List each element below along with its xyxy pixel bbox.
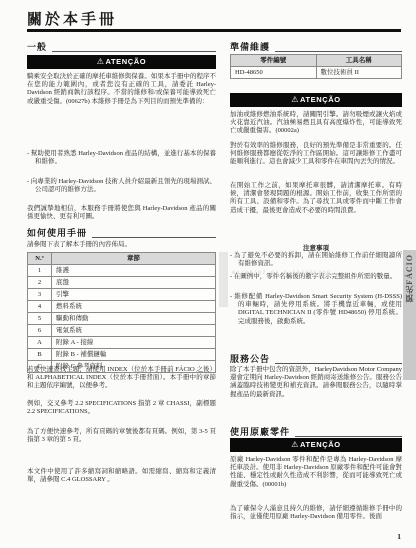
warning-banner-label: ATENÇÃO <box>300 440 341 449</box>
paragraph-before-work: 在開始工作之前，如果摩托車很髒，請清潔摩托車。有時候，清潔會發現問題的根源。開始… <box>230 182 402 215</box>
chapter-title: 電氣系統 <box>52 325 216 337</box>
list-item: 為了避免不必要的拆卸，請在開始維修工作前仔細閱讀所有維修資訊。 <box>230 252 402 268</box>
paragraph-page-numbering: 為了方便快速參考，所有頁碼的章號後都有頁碼。例如，第 3-5 頁指第 3 章的第… <box>27 428 216 444</box>
chapter-title: 驅動和傳動 <box>52 313 216 325</box>
table-row: A附錄 A - 接線 <box>28 337 216 349</box>
table-row: 1維護 <box>28 265 216 277</box>
part-number: HD-48650 <box>231 67 317 79</box>
side-tab-label: 預先FÁCIO <box>404 254 415 303</box>
table-row: 6電氣系統 <box>28 325 216 337</box>
paragraph-genuine-parts-warning: 原廠 Harley-Davidson 零件和配件是專為 Harley-David… <box>230 456 402 489</box>
tool-parts-table: 零件編號 工具名稱 HD-48650 數位技術員 II <box>230 54 402 79</box>
note-heading: 注意事項 <box>230 243 402 252</box>
chapter-number: 5 <box>28 313 52 325</box>
column-header: 章節 <box>52 253 216 265</box>
column-header: 零件編號 <box>231 55 317 67</box>
section-heading-general: 一般 <box>27 40 216 53</box>
table-header-row: 零件編號 工具名稱 <box>231 55 402 67</box>
section-heading-how-to-use: 如何使用手冊 <box>27 226 216 239</box>
chapter-title: 引擎 <box>52 289 216 301</box>
paragraph-cross-reference: 例如，交叉參考 2.2 SPECIFICATIONS 指第 2 章 CHASSI… <box>27 400 216 416</box>
section-rule <box>52 51 216 52</box>
warning-triangle-icon: ⚠ <box>291 440 299 449</box>
section-heading-label: 服務公告 <box>230 352 270 365</box>
watermark-timestamp: 01/08/02-03 0:38/001200 <box>232 269 331 276</box>
section-heading-service-bulletins: 服務公告 <box>230 352 402 365</box>
list-item: 幫助使用者熟悉 Harley-Davidson 產品的結構，並進行基本的保養和維… <box>27 150 216 166</box>
section-rule <box>92 237 216 238</box>
chapter-title: 附錄 B - 補償鏈輪 <box>52 349 216 361</box>
section-heading-prepare-maintenance: 準備維護 <box>230 40 402 53</box>
warning-banner-label: ATENÇÃO <box>300 95 341 104</box>
paragraph-closing: 我們誠摯地相信，本服務手冊將使您與 Harley-Davidson 產品的關係更… <box>27 205 216 221</box>
warning-banner: ⚠ATENÇÃO <box>230 93 402 107</box>
chapter-number: 6 <box>28 325 52 337</box>
chapter-number: B <box>28 349 52 361</box>
table-row: 5驅動和傳動 <box>28 313 216 325</box>
section-rule <box>275 363 402 364</box>
chapter-title: 燃料系統 <box>52 301 216 313</box>
list-item: 向專業的 Harley-Davidson 技術人員介紹最新且領先的現場測試、公司… <box>27 178 216 194</box>
chapter-title: 維護 <box>52 265 216 277</box>
warning-banner-label: ATENÇÃO <box>106 57 147 66</box>
section-rule <box>275 51 402 52</box>
table-header-row: N.º 章節 <box>28 253 216 265</box>
page-number: 1 <box>397 532 401 541</box>
table-row: 2底盤 <box>28 277 216 289</box>
chapter-number: 1 <box>28 265 52 277</box>
paragraph-service-bulletins: 除了本手冊中包含的資訊外，HarleyDavidson Motor Compan… <box>230 366 402 399</box>
warning-triangle-icon: ⚠ <box>97 57 105 66</box>
chapter-number: 2 <box>28 277 52 289</box>
section-heading-genuine-parts: 使用原廠零件 <box>230 425 402 438</box>
table-row: 4燃料系統 <box>28 301 216 313</box>
paragraph-riding-safety: 騎乘安全取決於正確的摩托車維修與保養。如果本手冊中的程序不在您的能力範圍內，或者… <box>27 73 216 106</box>
chapter-number: 4 <box>28 301 52 313</box>
page-title: 關於本手冊 <box>27 8 117 29</box>
chapter-title: 附錄 A - 接線 <box>52 337 216 349</box>
chapter-title: 底盤 <box>52 277 216 289</box>
chapter-number: 3 <box>28 289 52 301</box>
column-header: 工具名稱 <box>316 55 402 67</box>
section-heading-label: 如何使用手冊 <box>27 226 87 239</box>
paragraph-fuel-warning: 加油或維修燃油系統時，請關閉引擎。請勿吸煙或讓火焰或火花靠近汽油。汽油極易燃且具… <box>230 111 402 136</box>
tool-name: 數位技術員 II <box>316 67 402 79</box>
list-item: 維修配備 Harley-Davidson Smart Security Syst… <box>230 293 402 326</box>
section-side-tab: 預先FÁCIO <box>403 250 416 380</box>
paragraph-glossary: 本文件中使用了許多縮寫詞和縮略語。如需縮寫、縮寫和定義清單，請參閱 C.4 GL… <box>27 468 216 484</box>
section-rule <box>295 436 402 437</box>
chapter-toc-table: N.º 章節 1維護 2底盤 3引擎 4燃料系統 5驅動和傳動 6電氣系統 A附… <box>27 252 216 373</box>
paragraph-index: 若要快速查找主題，請使用 INDEX（位於本手冊前 FÁCIO 之後）和 ALP… <box>27 366 216 391</box>
warning-banner: ⚠ATENÇÃO <box>27 55 216 69</box>
watermark-band <box>219 252 228 307</box>
title-rule <box>27 29 401 32</box>
table-row: B附錄 B - 補償鏈輪 <box>28 349 216 361</box>
paragraph-genuine-parts: 為了確保令人滿意且持久的維修，請仔細遵循維修手冊中的指示，並僅使用原廠 Harl… <box>230 505 402 521</box>
paragraph-clean-workspace: 對於有效率的維修服務，良好的預先準備是非常重要的。任何維修服務都應從乾淨的工作區… <box>230 142 402 167</box>
warning-triangle-icon: ⚠ <box>291 95 299 104</box>
section-heading-label: 使用原廠零件 <box>230 425 290 438</box>
warning-banner: ⚠ATENÇÃO <box>230 438 402 452</box>
section-heading-label: 一般 <box>27 40 47 53</box>
column-header: N.º <box>28 253 52 265</box>
table-row: 3引擎 <box>28 289 216 301</box>
section-heading-label: 準備維護 <box>230 40 270 53</box>
chapter-number: A <box>28 337 52 349</box>
table-row: HD-48650 數位技術員 II <box>231 67 402 79</box>
paragraph-table-intro: 請參閱下表了解本手冊的內容佈局。 <box>27 241 216 249</box>
